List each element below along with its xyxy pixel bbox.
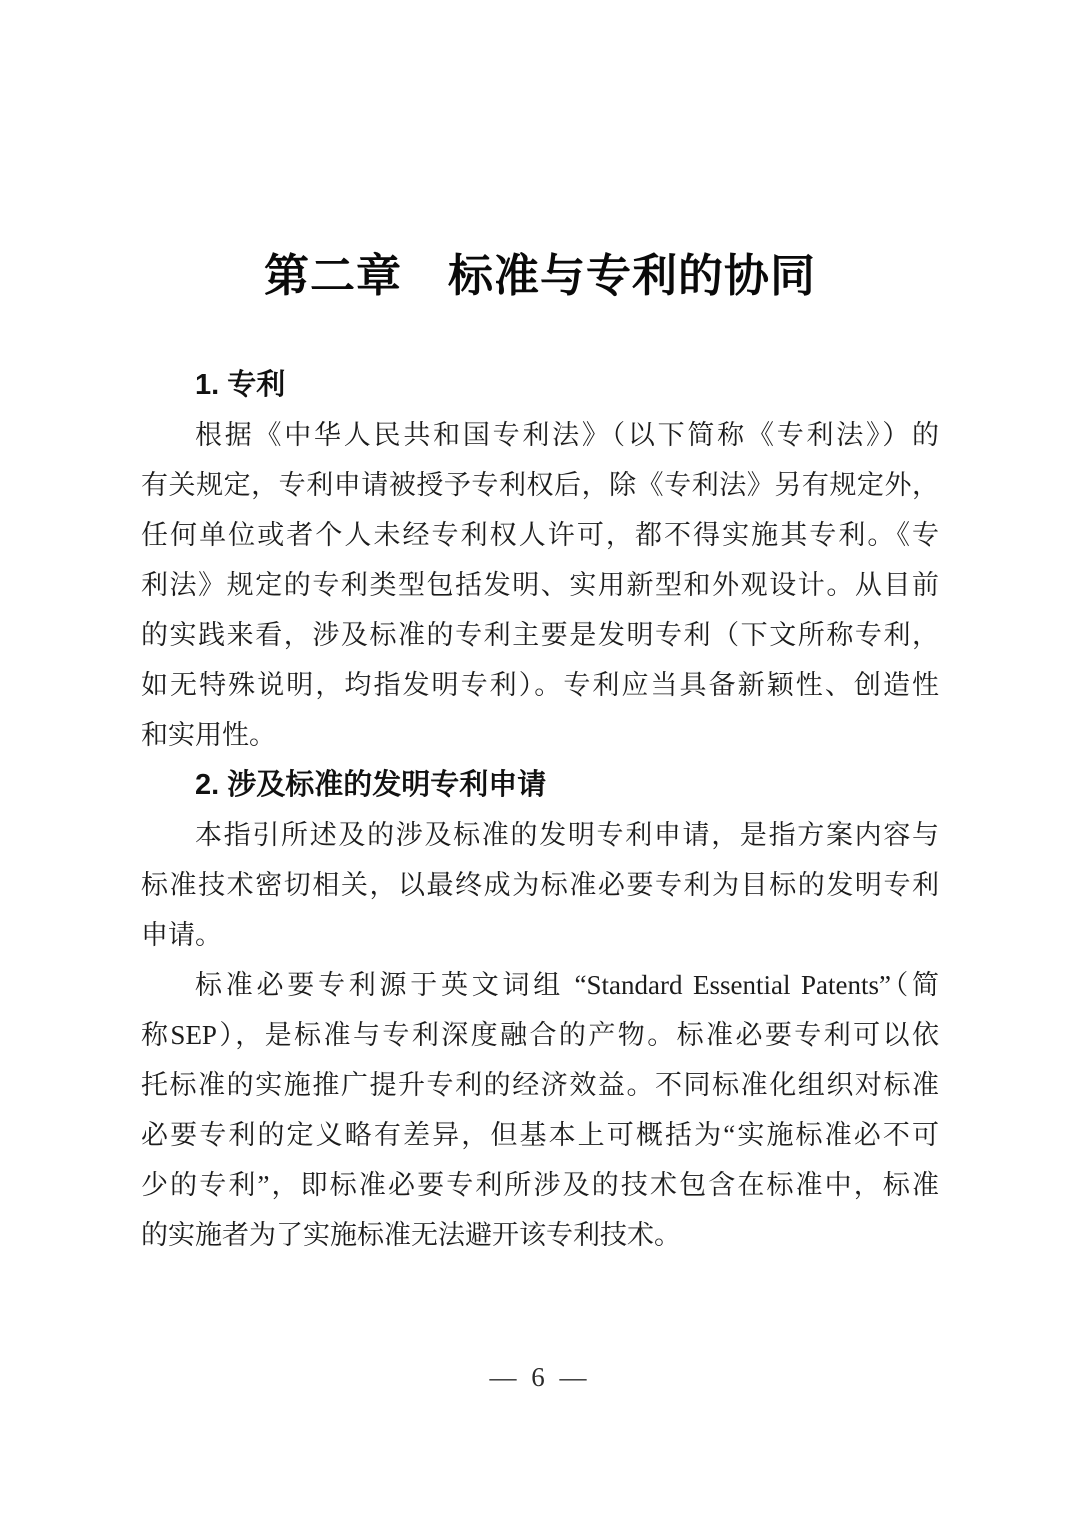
text-line: 少的专利”，即标准必要专利所涉及的技术包含在标准中，标准 <box>141 1160 939 1210</box>
section-2-paragraph-1: 本指引所述及的涉及标准的发明专利申请，是指方案内容与 标准技术密切相关，以最终成… <box>141 810 939 960</box>
text-line: 如无特殊说明，均指发明专利）。专利应当具备新颖性、创造性 <box>141 660 939 710</box>
text-line: 根据《中华人民共和国专利法》（以下简称《专利法》）的 <box>141 410 939 460</box>
text-line: 有关规定，专利申请被授予专利权后，除《专利法》另有规定外， <box>141 460 939 510</box>
text-line: 利法》规定的专利类型包括发明、实用新型和外观设计。从目前 <box>141 560 939 610</box>
text-line: 称SEP），是标准与专利深度融合的产物。标准必要专利可以依 <box>141 1010 939 1060</box>
text-line: 必要专利的定义略有差异，但基本上可概括为“实施标准必不可 <box>141 1110 939 1160</box>
section-2-paragraph-2: 标准必要专利源于英文词组 “Standard Essential Patents… <box>141 960 939 1260</box>
text-line: 本指引所述及的涉及标准的发明专利申请，是指方案内容与 <box>141 810 939 860</box>
section-1-heading: 1. 专利 <box>141 360 939 410</box>
section-2-heading: 2. 涉及标准的发明专利申请 <box>141 760 939 810</box>
chapter-title: 第二章 标准与专利的协同 <box>0 243 1080 309</box>
text-line: 的实施者为了实施标准无法避开该专利技术。 <box>141 1210 939 1260</box>
text-line: 标准必要专利源于英文词组 “Standard Essential Patents… <box>141 960 939 1010</box>
text-line: 的实践来看，涉及标准的专利主要是发明专利（下文所称专利， <box>141 610 939 660</box>
text-line: 托标准的实施推广提升专利的经济效益。不同标准化组织对标准 <box>141 1060 939 1110</box>
document-body: 1. 专利 根据《中华人民共和国专利法》（以下简称《专利法》）的 有关规定，专利… <box>141 360 939 1260</box>
page-number: — 6 — <box>0 1362 1080 1393</box>
text-line: 申请。 <box>141 910 939 960</box>
section-1-paragraph-1: 根据《中华人民共和国专利法》（以下简称《专利法》）的 有关规定，专利申请被授予专… <box>141 410 939 760</box>
document-page: 第二章 标准与专利的协同 1. 专利 根据《中华人民共和国专利法》（以下简称《专… <box>0 0 1080 1527</box>
text-line: 任何单位或者个人未经专利权人许可，都不得实施其专利。《专 <box>141 510 939 560</box>
text-line: 标准技术密切相关，以最终成为标准必要专利为目标的发明专利 <box>141 860 939 910</box>
text-line: 和实用性。 <box>141 710 939 760</box>
